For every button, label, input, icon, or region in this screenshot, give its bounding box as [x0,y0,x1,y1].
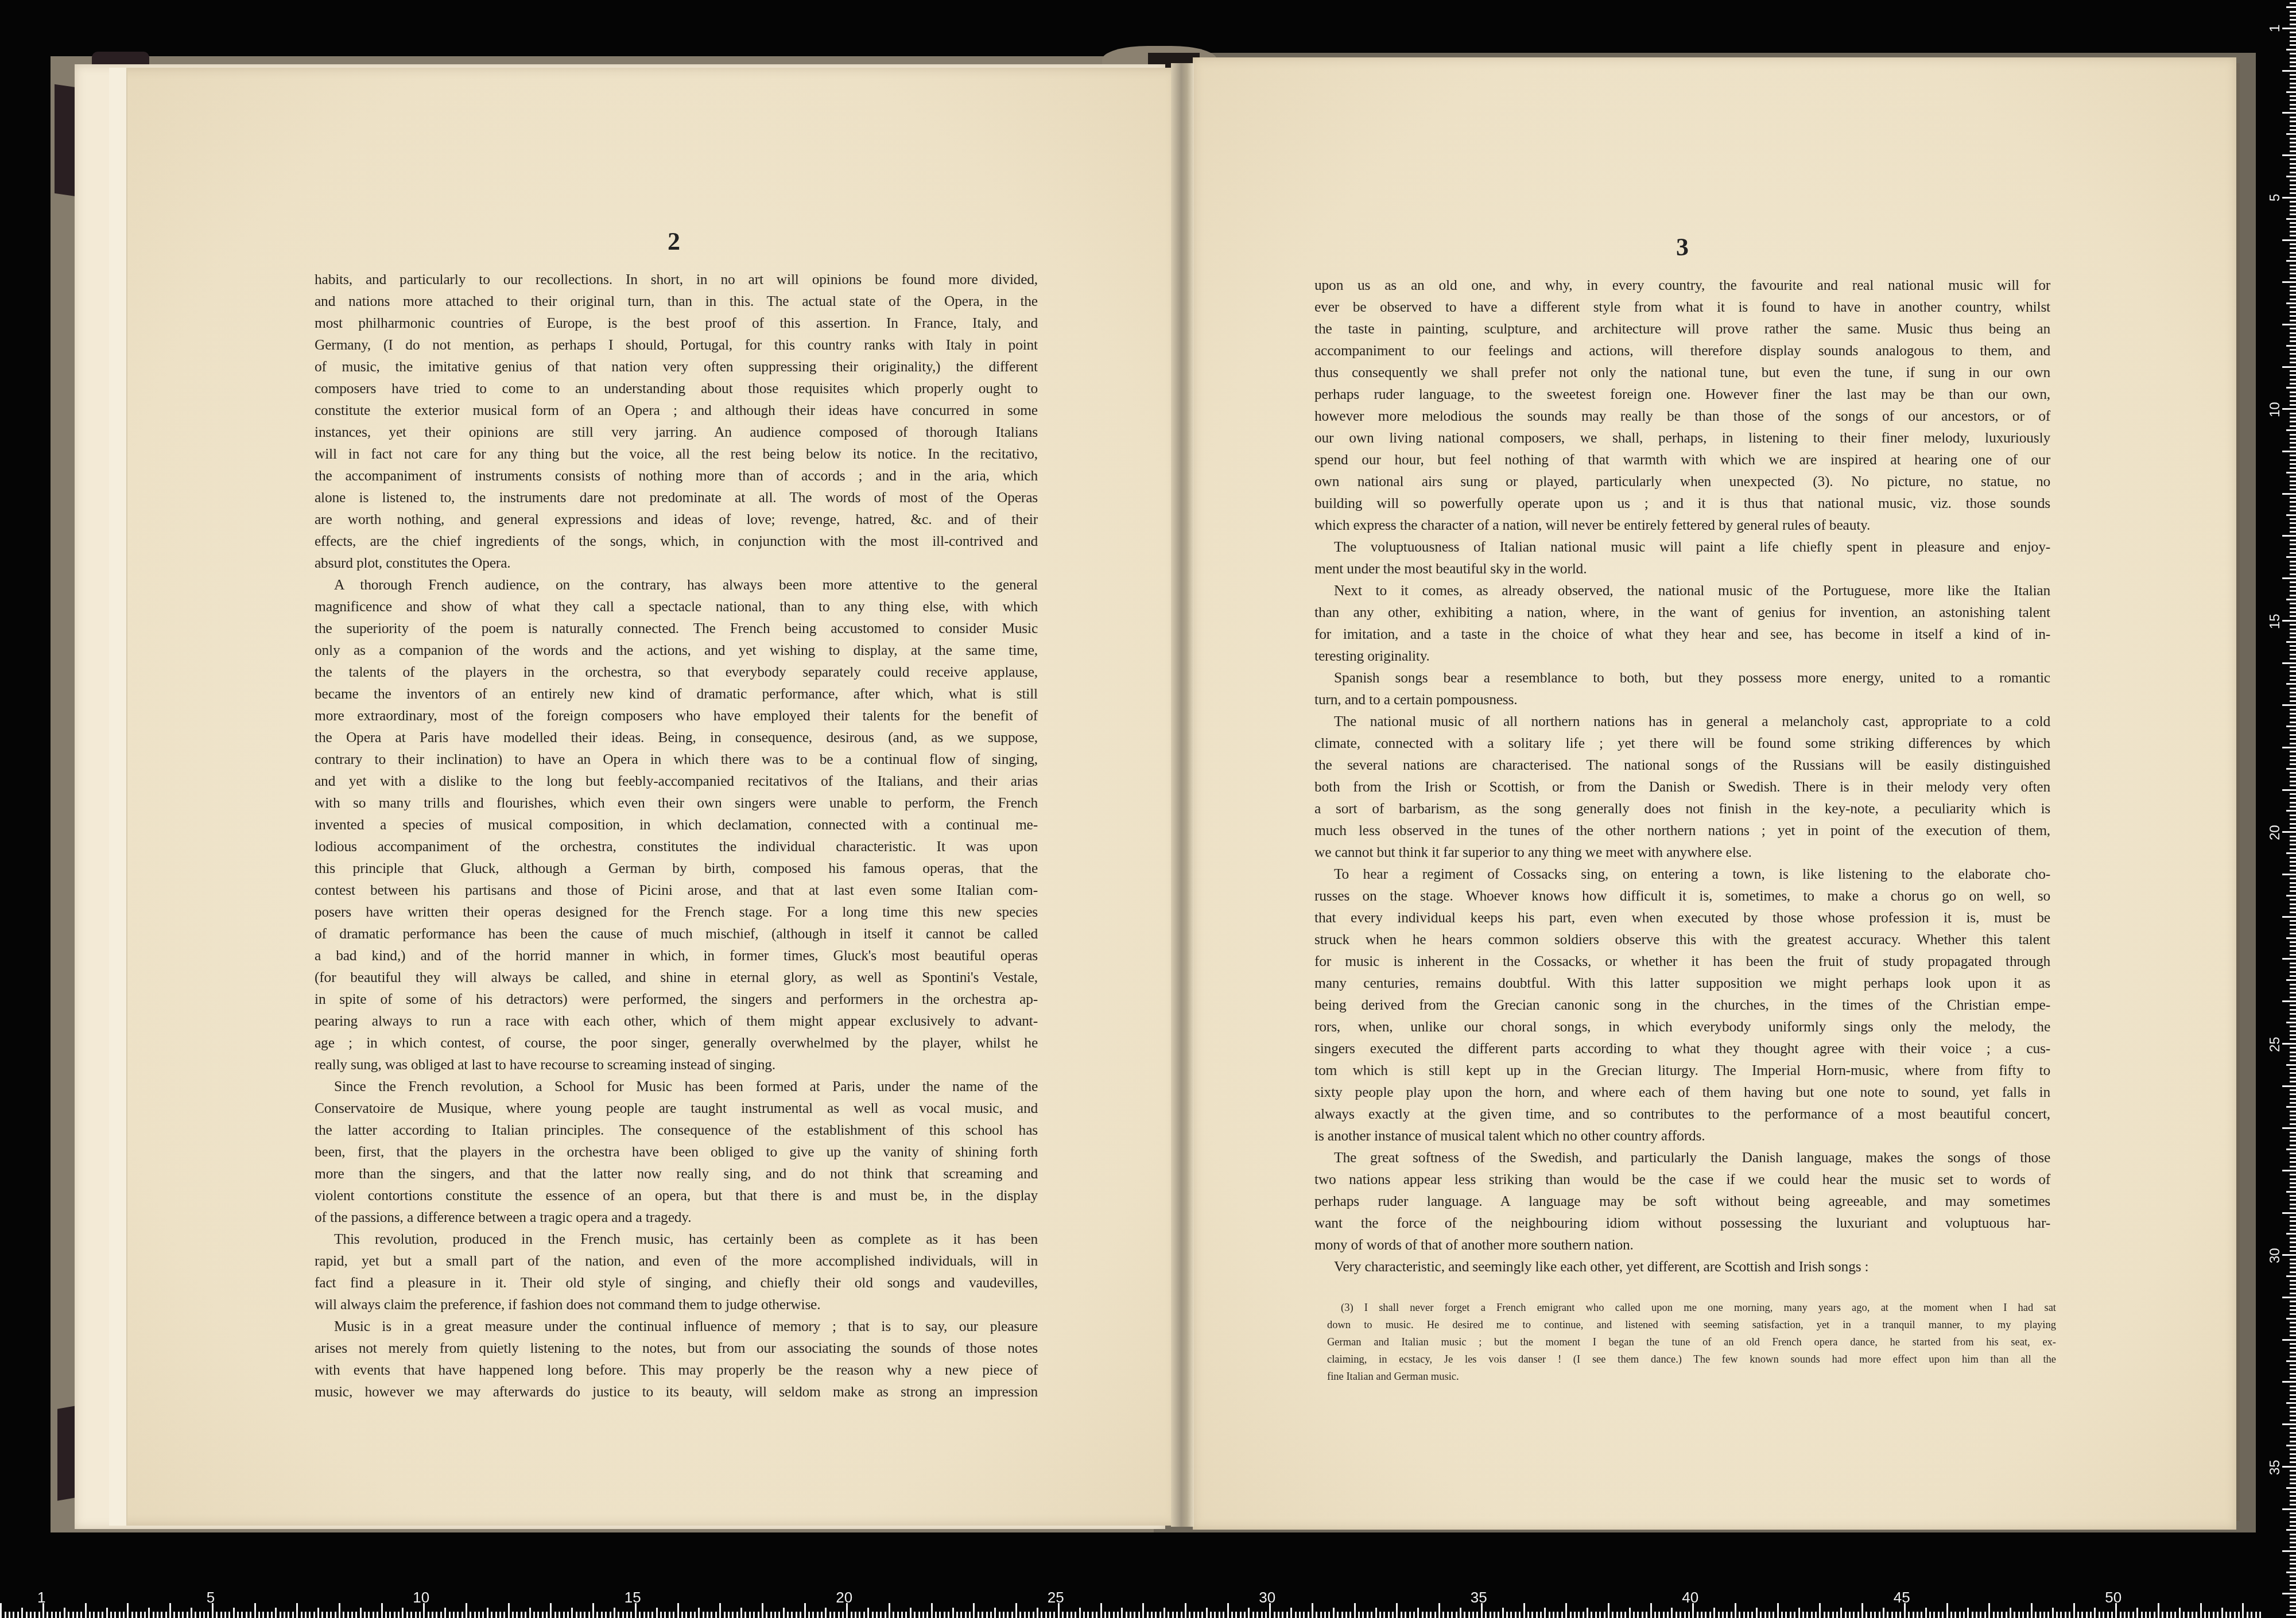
ruler-tick [351,1612,353,1618]
text-line: the Opera at Paris have modelled their i… [315,727,1038,748]
ruler-tick [2217,1612,2219,1618]
ruler-tick [1303,1612,1305,1618]
ruler-tick [1515,1612,1517,1618]
ruler-tick [2286,599,2296,600]
ruler-tick [1976,1612,1977,1618]
ruler-tick [80,1612,82,1618]
ruler-tick [969,1612,971,1618]
ruler-tick [2290,890,2296,892]
ruler-tick [2290,65,2296,67]
ruler-tick [2204,1612,2206,1618]
ruler-tick [280,1612,281,1618]
ruler-tick [2282,789,2296,791]
text-line: of music, the imitative genius of that n… [315,356,1038,378]
ruler-tick [2282,1254,2296,1256]
ruler-tick [2290,1229,2296,1231]
ruler-tick [1701,1612,1702,1618]
ruler-tick [1777,1603,1779,1618]
ruler-tick [986,1612,988,1618]
ruler-tick [1574,1612,1576,1618]
ruler-tick [796,1612,797,1618]
ruler-tick [1583,1612,1584,1618]
ruler-tick [2290,277,2296,279]
ruler-tick [2290,311,2296,313]
ruler-tick [1375,1608,1377,1618]
ruler-tick [2290,920,2296,922]
text-line: however more melodious the sounds may re… [1314,405,2050,427]
text-line: teresting originality. [1314,645,2050,667]
ruler-tick [1629,1608,1631,1618]
ruler-tick [2286,683,2296,685]
ruler-tick [2290,1559,2296,1561]
ruler-tick [2290,78,2296,80]
ruler-tick [2290,413,2296,414]
page-number-left: 2 [668,227,680,256]
ruler-tick [1041,1612,1042,1618]
ruler-tick [2282,1297,2296,1298]
ruler-tick [1954,1612,1956,1618]
ruler-tick [415,1612,417,1618]
ruler-tick [2282,1423,2296,1425]
ruler-tick [1663,1612,1665,1618]
ruler-tick [1163,1608,1165,1618]
ruler-tick [1980,1612,1981,1618]
ruler-tick [2290,1356,2296,1357]
ruler-tick [2290,628,2296,630]
ruler-tick [2286,1487,2296,1489]
ruler-tick [2290,425,2296,427]
ruler-tick [93,1612,95,1618]
left-page-deckle-edge [109,68,127,1526]
text-line: struck when he hears common soldiers obs… [1314,929,2050,950]
text-line: A thorough French audience, on the contr… [315,574,1038,596]
ruler-tick [885,1612,886,1618]
text-line: contest between his partisans and those … [315,879,1038,901]
ruler-tick [2221,1608,2223,1618]
ruler-tick [2213,1612,2214,1618]
ruler-tick [2290,1102,2296,1104]
ruler-tick [2290,814,2296,816]
ruler-tick [1290,1608,1292,1618]
ruler-tick [2099,1612,2100,1618]
ruler-tick [250,1612,251,1618]
ruler-tick [2290,192,2296,194]
ruler-tick [1388,1612,1390,1618]
ruler-tick [1130,1612,1131,1618]
ruler-tick [127,1603,129,1618]
ruler-tick [2290,1457,2296,1459]
ruler-tick [1743,1612,1745,1618]
ruler-tick [2290,552,2296,554]
scale-ruler-vertical: 15101520253035 [2266,0,2296,1618]
ruler-label: 10 [2267,402,2283,418]
ruler-tick [2031,1603,2033,1618]
ruler-tick [1062,1612,1064,1618]
ruler-tick [2290,1386,2296,1387]
ruler-tick [2290,1293,2296,1294]
ruler-tick [669,1612,670,1618]
ruler-tick [2290,417,2296,418]
text-line: the several nations are characterised. T… [1314,754,2050,776]
ruler-tick [402,1608,404,1618]
ruler-tick [567,1612,569,1618]
text-line: ever be observed to have a different sty… [1314,296,2050,318]
ruler-tick [2290,1479,2296,1480]
ruler-tick [2179,1608,2181,1618]
ruler-tick [584,1612,585,1618]
ruler-tick [1667,1612,1669,1618]
ruler-tick [284,1612,285,1618]
ruler-tick [2290,1072,2296,1074]
ruler-tick [1240,1612,1242,1618]
ruler-tick [719,1603,721,1618]
text-line: became the inventors of an entirely new … [315,683,1038,705]
ruler-tick [935,1612,937,1618]
ruler-tick [102,1612,103,1618]
ruler-tick [157,1612,158,1618]
ruler-tick [2286,895,2296,897]
ruler-tick [2290,624,2296,626]
ruler-tick [309,1612,311,1618]
ruler-tick [1168,1612,1169,1618]
ruler-tick [1561,1612,1563,1618]
ruler-tick [2290,1182,2296,1184]
ruler-tick [1147,1612,1149,1618]
ruler-tick [2290,188,2296,190]
ruler-tick [1557,1612,1558,1618]
ruler-tick [2290,1280,2296,1282]
ruler-tick [1181,1612,1182,1618]
ruler-tick [2290,675,2296,677]
ruler-tick [267,1612,269,1618]
text-line: magnificence and show of what they call … [315,596,1038,618]
ruler-tick [187,1612,188,1618]
ruler-tick [2290,802,2296,804]
ruler-tick [1396,1603,1398,1618]
ruler-tick [2290,129,2296,131]
ruler-tick [2290,870,2296,871]
ruler-tick [1456,1612,1457,1618]
ruler-tick [571,1608,573,1618]
text-line: violent contortions constitute the essen… [315,1185,1038,1206]
ruler-tick [512,1612,514,1618]
ruler-tick [956,1612,958,1618]
ruler-tick [301,1612,302,1618]
ruler-tick [13,1612,14,1618]
ruler-tick [1811,1612,1813,1618]
text-line: more than the singers, and that the latt… [315,1163,1038,1185]
ruler-tick [542,1612,544,1618]
ruler-tick [2290,1081,2296,1082]
ruler-tick [2290,121,2296,122]
ruler-tick [2290,265,2296,266]
ruler-tick [444,1608,446,1618]
ruler-tick [1438,1603,1440,1618]
ruler-tick [2290,184,2296,186]
ruler-tick [2290,1601,2296,1603]
ruler-tick [2290,1436,2296,1438]
text-line: with so many trills and flourishes, whic… [315,792,1038,814]
ruler-tick [880,1612,882,1618]
ruler-tick [2290,933,2296,934]
ruler-tick [1984,1612,1986,1618]
ruler-tick [1409,1612,1411,1618]
ruler-tick [1485,1612,1487,1618]
ruler-tick [863,1612,865,1618]
ruler-tick [2290,730,2296,731]
ruler-tick [1722,1612,1724,1618]
ruler-tick [153,1612,154,1618]
ruler-tick [2290,1364,2296,1366]
ruler-tick [85,1603,87,1618]
ruler-tick [457,1612,459,1618]
ruler-tick [2290,1334,2296,1336]
text-line: and nations more attached to their origi… [315,290,1038,312]
text-line: pearing always to run a race with each o… [315,1010,1038,1032]
book-gutter [1171,63,1194,1527]
ruler-tick [2290,645,2296,647]
ruler-tick [2290,743,2296,744]
ruler-tick [173,1612,175,1618]
ruler-tick [2290,738,2296,740]
ruler-tick [2290,459,2296,461]
ruler-tick [1405,1612,1406,1618]
ruler-tick [1011,1612,1013,1618]
text-line: spend our hour, but feel nothing of that… [1314,449,2050,471]
ruler-tick [1895,1612,1897,1618]
ruler-tick [592,1603,594,1618]
ruler-tick [2290,692,2296,693]
ruler-tick [1646,1612,1647,1618]
ruler-label: 35 [1471,1589,1487,1607]
ruler-tick [1887,1612,1888,1618]
ruler-tick [2290,607,2296,609]
ruler-tick [2290,358,2296,359]
ruler-tick [2282,1550,2296,1552]
ruler-tick [2290,235,2296,236]
ruler-tick [2290,87,2296,88]
ruler-tick [2290,721,2296,723]
ruler-tick [2290,1525,2296,1527]
ruler-tick [2242,1603,2244,1618]
ruler-label: 30 [1259,1589,1275,1607]
ruler-tick [2290,1018,2296,1019]
ruler-tick [1705,1612,1707,1618]
ruler-tick [2282,662,2296,664]
ruler-tick [2290,1123,2296,1125]
ruler-tick [2290,941,2296,943]
ruler-tick [2290,476,2296,478]
ruler-tick [2192,1612,2193,1618]
ruler-tick [744,1612,746,1618]
ruler-tick [2290,878,2296,879]
ruler-tick [2238,1612,2240,1618]
ruler-tick [2290,480,2296,482]
ruler-tick [618,1612,619,1618]
ruler-tick [2290,484,2296,486]
ruler-label: 5 [2267,193,2283,201]
ruler-tick [1802,1612,1804,1618]
ruler-tick [2290,332,2296,334]
ruler-tick [1176,1612,1178,1618]
ruler-tick [1007,1612,1009,1618]
text-line: tom which is still kept up in the Grecia… [1314,1060,2050,1081]
ruler-tick [2290,1030,2296,1032]
ruler-tick [2290,1432,2296,1434]
ruler-tick [2290,1419,2296,1421]
ruler-tick [2290,269,2296,270]
ruler-tick [2255,1612,2257,1618]
ruler-tick [2282,197,2296,199]
ruler-tick [922,1612,924,1618]
ruler-tick [2290,1051,2296,1053]
ruler-tick [918,1612,920,1618]
ruler-tick [1946,1603,1948,1618]
ruler-tick [1972,1612,1973,1618]
ruler-tick [1261,1612,1263,1618]
ruler-tick [2290,615,2296,617]
ruler-tick [2282,1339,2296,1341]
ruler-tick [335,1612,336,1618]
ruler-label: 1 [37,1589,45,1607]
text-line: really sung, was obliged at last to have… [315,1054,1038,1076]
ruler-tick [2039,1612,2041,1618]
ruler-tick [2286,91,2296,93]
ruler-tick [978,1612,979,1618]
ruler-tick [1620,1612,1622,1618]
ruler-tick [2290,138,2296,139]
ruler-tick [2290,315,2296,317]
ruler-tick [2290,1250,2296,1252]
text-line: we cannot but think it far superior to a… [1314,841,2050,863]
ruler-tick [377,1612,378,1618]
ruler-tick [2290,209,2296,211]
ruler-tick [2188,1612,2189,1618]
text-line: Conservatoire de Musique, where young pe… [315,1097,1038,1119]
ruler-tick [859,1612,860,1618]
ruler-tick [347,1612,349,1618]
text-line: Next to it comes, as already observed, t… [1314,580,2050,602]
ruler-tick [2286,1148,2296,1150]
ruler-tick [1447,1612,1449,1618]
ruler-tick [1189,1612,1190,1618]
ruler-tick [2022,1612,2024,1618]
ruler-tick [2282,958,2296,960]
ruler-tick [1417,1608,1419,1618]
ruler-tick [2286,176,2296,177]
ruler-tick [2290,1521,2296,1523]
ruler-tick [326,1612,328,1618]
ruler-tick [707,1612,708,1618]
ruler-tick [2060,1612,2062,1618]
text-line: is another instance of musical talent wh… [1314,1125,2050,1147]
ruler-tick [1053,1612,1055,1618]
ruler-label: 40 [1682,1589,1698,1607]
ruler-tick [2290,1309,2296,1311]
ruler-tick [2162,1612,2163,1618]
ruler-tick [2282,831,2296,833]
ruler-tick [2290,506,2296,507]
ruler-tick [2027,1612,2029,1618]
ruler-tick [1392,1612,1394,1618]
ruler-tick [2290,1368,2296,1370]
ruler-tick [321,1612,323,1618]
ruler-tick [1155,1612,1157,1618]
ruler-tick [762,1603,763,1618]
ruler-tick [1747,1612,1749,1618]
ruler-tick [140,1612,142,1618]
ruler-tick [2290,1136,2296,1138]
ruler-tick [1849,1612,1851,1618]
ruler-tick [783,1608,785,1618]
ruler-tick [1079,1608,1081,1618]
ruler-tick [110,1612,112,1618]
ruler-tick [825,1608,827,1618]
ruler-tick [2290,158,2296,160]
ruler-tick [2290,1415,2296,1417]
ruler-tick [2132,1612,2134,1618]
ruler-tick [1527,1612,1529,1618]
ruler-tick [867,1608,869,1618]
ruler-tick [2282,451,2296,452]
ruler-tick [487,1608,488,1618]
ruler-label: 35 [2267,1460,2283,1475]
ruler-tick [21,1608,23,1618]
ruler-tick [2001,1612,2003,1618]
ruler-tick [1138,1612,1140,1618]
ruler-tick [2286,472,2296,474]
ruler-tick [1988,1603,1990,1618]
ruler-tick [2282,535,2296,537]
ruler-tick [1142,1603,1144,1618]
ruler-tick [1337,1612,1339,1618]
ruler-tick [254,1603,256,1618]
ruler-tick [1510,1612,1512,1618]
ruler-tick [2208,1612,2210,1618]
ruler-tick [2290,1390,2296,1391]
ruler-tick [1256,1612,1258,1618]
ruler-tick [1950,1612,1952,1618]
ruler-tick [1451,1612,1453,1618]
ruler-tick [1790,1612,1791,1618]
ruler-tick [2290,1009,2296,1011]
ruler-tick [533,1612,535,1618]
ruler-tick [2170,1612,2172,1618]
ruler-tick [1540,1612,1542,1618]
ruler-tick [960,1612,962,1618]
ruler-tick [2282,1466,2296,1468]
ruler-tick [2141,1612,2143,1618]
ruler-tick [914,1612,916,1618]
ruler-tick [2035,1612,2037,1618]
text-line: of dramatic performance has been the cau… [315,923,1038,945]
ruler-tick [2290,467,2296,469]
text-line: (3) I shall never forget a French emigra… [1327,1299,2056,1317]
ruler-tick [2290,1186,2296,1188]
ruler-tick [1299,1612,1301,1618]
ruler-tick [948,1612,949,1618]
ruler-tick [1570,1612,1572,1618]
ruler-tick [64,1608,65,1618]
text-line: This revolution, produced in the French … [315,1228,1038,1250]
text-line: only as a companion of the words and the… [315,639,1038,661]
ruler-tick [453,1612,455,1618]
ruler-tick [2286,1318,2296,1320]
ruler-tick [1891,1612,1893,1618]
ruler-tick [2290,1516,2296,1518]
ruler-tick [851,1612,852,1618]
ruler-tick [2290,1322,2296,1324]
